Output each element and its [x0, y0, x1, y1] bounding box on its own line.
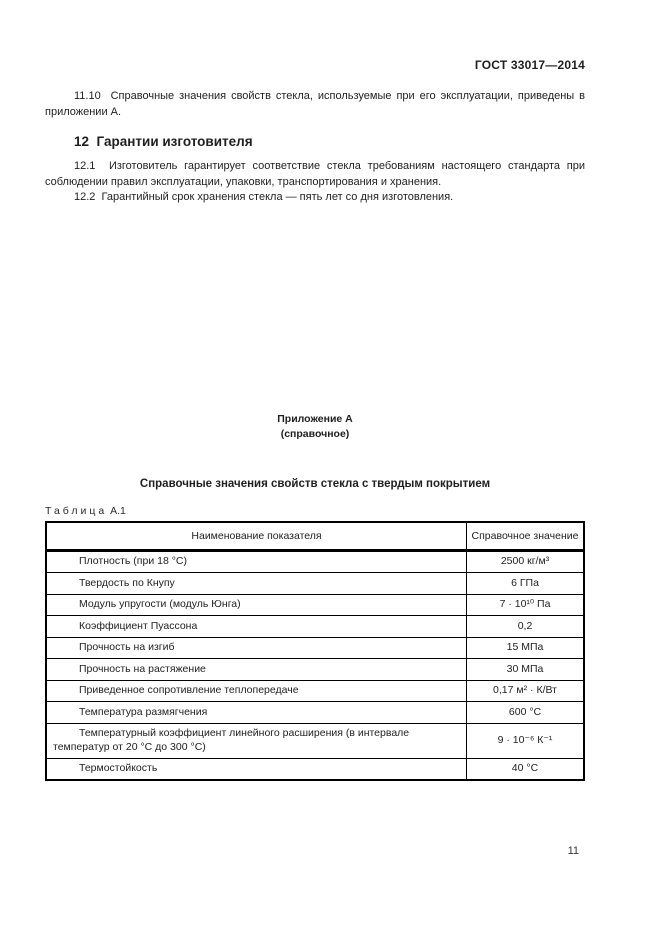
- indicator-name-cell: Температурный коэффициент линейного расш…: [46, 723, 467, 758]
- table-body: Плотность (при 18 °С)2500 кг/м³Твердость…: [46, 550, 584, 780]
- table-row: Приведенное сопротивление теплопередаче0…: [46, 680, 584, 702]
- table-row: Прочность на растяжение30 МПа: [46, 659, 584, 681]
- table-row: Термостойкость40 °С: [46, 758, 584, 780]
- reference-value-cell: 6 ГПа: [467, 573, 585, 595]
- page-number: 11: [568, 845, 579, 857]
- table-caption-word: Таблица: [45, 505, 107, 517]
- reference-value-cell: 600 °С: [467, 702, 585, 724]
- appendix-heading: Приложение А (справочное): [45, 412, 585, 442]
- reference-value-cell: 0,17 м² · К/Вт: [467, 680, 585, 702]
- indicator-name-cell: Температура размягчения: [46, 702, 467, 724]
- paragraph-12-1: 12.1 Изготовитель гарантирует соответств…: [45, 159, 585, 190]
- reference-value-cell: 2500 кг/м³: [467, 550, 585, 573]
- indicator-name-cell: Плотность (при 18 °С): [46, 550, 467, 573]
- indicator-name-cell: Прочность на изгиб: [46, 637, 467, 659]
- appendix-label: Приложение А: [45, 412, 585, 427]
- appendix-sublabel: (справочное): [45, 427, 585, 442]
- indicator-name-cell: Прочность на растяжение: [46, 659, 467, 681]
- table-header-row: Наименование показателя Справочное значе…: [46, 522, 584, 551]
- column-header-indicator: Наименование показателя: [46, 522, 467, 551]
- standard-designation-header: ГОСТ 33017—2014: [45, 58, 585, 72]
- reference-value-cell: 15 МПа: [467, 637, 585, 659]
- indicator-name-cell: Приведенное сопротивление теплопередаче: [46, 680, 467, 702]
- table-row: Прочность на изгиб15 МПа: [46, 637, 584, 659]
- table-row: Температурный коэффициент линейного расш…: [46, 723, 584, 758]
- table-caption-number: А.1: [110, 505, 126, 517]
- column-header-value: Справочное значение: [467, 522, 585, 551]
- reference-value-cell: 40 °С: [467, 758, 585, 780]
- reference-value-cell: 0,2: [467, 616, 585, 638]
- paragraph-11-10: 11.10 Справочные значения свойств стекла…: [45, 89, 585, 120]
- table-row: Коэффициент Пуассона0,2: [46, 616, 584, 638]
- table-row: Твердость по Кнупу6 ГПа: [46, 573, 584, 595]
- indicator-name-cell: Коэффициент Пуассона: [46, 616, 467, 638]
- table-row: Плотность (при 18 °С)2500 кг/м³: [46, 550, 584, 573]
- table-row: Температура размягчения600 °С: [46, 702, 584, 724]
- appendix-table-title: Справочные значения свойств стекла с тве…: [45, 478, 585, 490]
- paragraph-12-2: 12.2 Гарантийный срок хранения стекла — …: [45, 190, 585, 206]
- section-12-heading: 12 Гарантии изготовителя: [45, 134, 585, 149]
- indicator-name-cell: Термостойкость: [46, 758, 467, 780]
- document-page: ГОСТ 33017—2014 11.10 Справочные значени…: [0, 0, 661, 936]
- reference-value-cell: 7 · 10¹⁰ Па: [467, 594, 585, 616]
- reference-value-cell: 9 · 10⁻⁶ К⁻¹: [467, 723, 585, 758]
- indicator-name-cell: Модуль упругости (модуль Юнга): [46, 594, 467, 616]
- table-caption: Таблица А.1: [45, 505, 585, 517]
- table-row: Модуль упругости (модуль Юнга)7 · 10¹⁰ П…: [46, 594, 584, 616]
- reference-values-table: Наименование показателя Справочное значе…: [45, 521, 585, 782]
- reference-value-cell: 30 МПа: [467, 659, 585, 681]
- page-content: ГОСТ 33017—2014 11.10 Справочные значени…: [45, 0, 585, 781]
- indicator-name-cell: Твердость по Кнупу: [46, 573, 467, 595]
